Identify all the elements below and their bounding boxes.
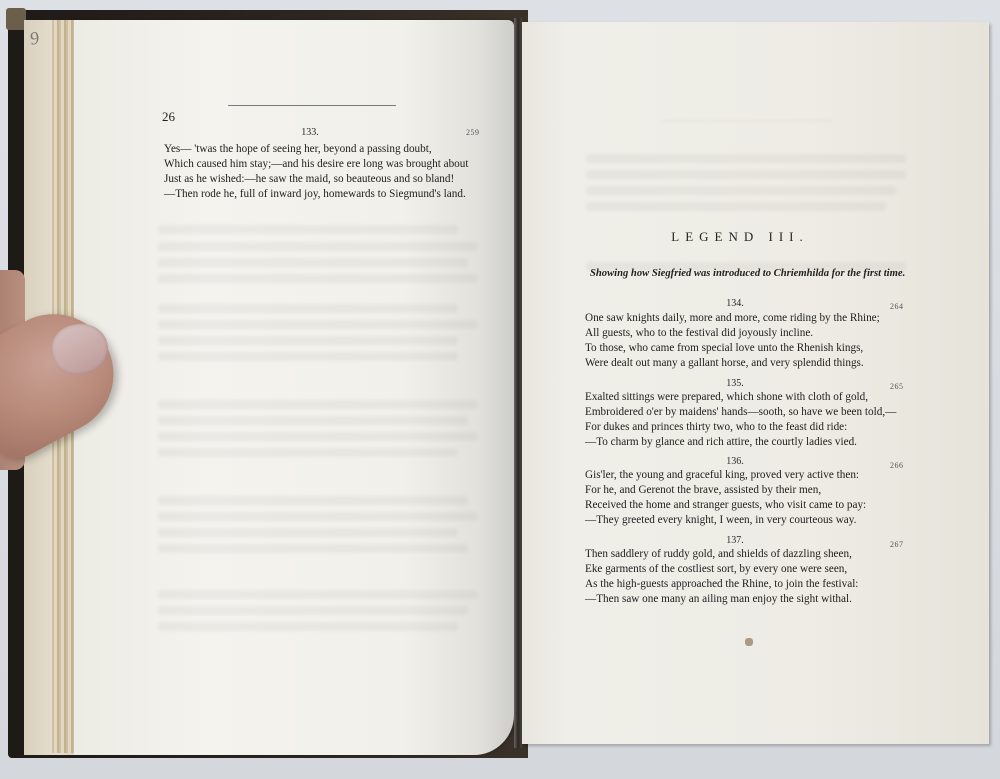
page-number: 26 (162, 109, 175, 125)
stanza-number: 137. (715, 535, 755, 546)
bleed-through (158, 416, 468, 425)
stanza-number: 134. (715, 298, 755, 309)
verse-line: Embroidered o'er by maidens' hands—sooth… (585, 404, 896, 420)
cover-corner (6, 8, 26, 30)
stanza-number: 136. (715, 456, 755, 467)
stanza-number: 133. (290, 127, 330, 138)
bleed-through (158, 400, 478, 409)
legend-subtitle: Showing how Siegfried was introduced to … (590, 268, 900, 279)
bleed-through (158, 274, 478, 283)
line-number: 264 (890, 302, 904, 311)
bleed-through (158, 528, 458, 537)
bleed-through (158, 320, 478, 329)
paper-stain (745, 638, 753, 646)
bleed-through (158, 544, 468, 553)
verse-line: —Then saw one many an ailing man enjoy t… (585, 591, 852, 607)
verse-line: To those, who came from special love unt… (585, 340, 863, 356)
verse-line: One saw knights daily, more and more, co… (585, 310, 880, 326)
bleed-through (662, 120, 832, 122)
legend-title: LEGEND III. (640, 229, 840, 245)
verse-line: —They greeted every knight, I ween, in v… (585, 512, 856, 528)
verse-line: Gis'ler, the young and graceful king, pr… (585, 467, 859, 483)
bleed-through (586, 154, 906, 163)
verse-line: Eke garments of the costliest sort, by e… (585, 561, 847, 577)
bleed-through (158, 590, 478, 599)
bleed-through (158, 496, 468, 505)
bleed-through (586, 170, 906, 179)
verse-line: Yes— 'twas the hope of seeing her, beyon… (164, 141, 432, 157)
bleed-through (158, 512, 478, 521)
bleed-through (158, 606, 468, 615)
verse-line: All guests, who to the festival did joyo… (585, 325, 813, 341)
bleed-through (586, 202, 886, 211)
bleed-through (158, 448, 458, 457)
bleed-through (158, 336, 458, 345)
verse-line: Were dealt out many a gallant horse, and… (585, 355, 864, 371)
bleed-through (158, 352, 458, 361)
stanza-number: 135. (715, 378, 755, 389)
line-number: 267 (890, 540, 904, 549)
verse-line: Exalted sittings were prepared, which sh… (585, 389, 868, 405)
verse-line: —Then rode he, full of inward joy, homew… (164, 186, 466, 202)
bleed-through (158, 432, 478, 441)
verse-line: Which caused him stay;—and his desire er… (164, 156, 468, 172)
bleed-through (158, 258, 468, 267)
right-page[interactable] (522, 22, 989, 744)
verse-line: Received the home and stranger guests, w… (585, 497, 866, 513)
bleed-through (158, 622, 458, 631)
verse-line: As the high-guests approached the Rhine,… (585, 576, 858, 592)
bleed-through (158, 242, 478, 251)
verse-line: Just as he wished:—he saw the maid, so b… (164, 171, 454, 187)
line-number: 265 (890, 382, 904, 391)
bleed-through (158, 225, 458, 234)
line-number: 266 (890, 461, 904, 470)
verse-line: For dukes and princes thirty two, who to… (585, 419, 847, 435)
header-rule (228, 105, 396, 106)
verse-line: For he, and Gerenot the brave, assisted … (585, 482, 821, 498)
bleed-through (158, 304, 458, 313)
verse-line: Then saddlery of ruddy gold, and shields… (585, 546, 852, 562)
line-number: 259 (466, 128, 480, 137)
verse-line: —To charm by glance and rich attire, the… (585, 434, 857, 450)
bleed-through (586, 186, 896, 195)
gutter (514, 18, 522, 748)
